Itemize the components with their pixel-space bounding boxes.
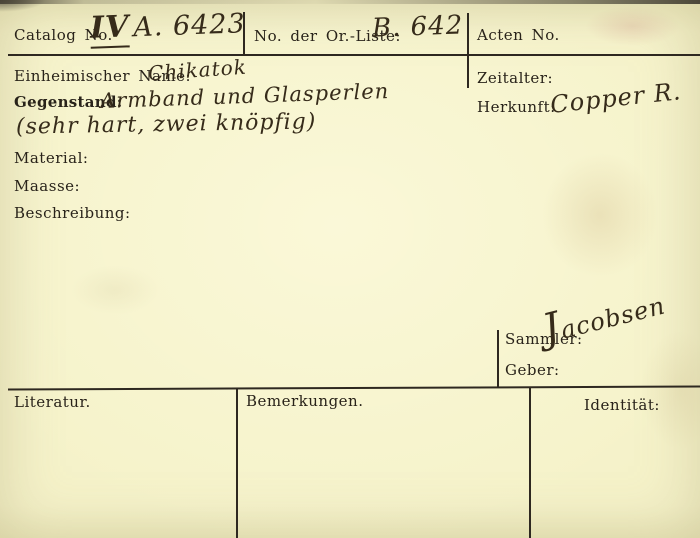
object-value-line2: (sehr hart, zwei knöpfig) bbox=[16, 109, 317, 139]
description-label: Beschreibung: bbox=[14, 204, 131, 222]
divider-literatur-bemerkungen bbox=[236, 388, 238, 538]
corner-shadow bbox=[0, 0, 46, 12]
paper-stain bbox=[585, 6, 680, 46]
literature-label: Literatur. bbox=[14, 393, 91, 411]
dimensions-label: Maasse: bbox=[14, 177, 80, 195]
era-label: Zeitalter: bbox=[477, 69, 553, 87]
material-label: Material: bbox=[14, 149, 88, 167]
divider-bemerkungen-identitaet bbox=[529, 388, 531, 538]
native-name-value: Chikatok bbox=[147, 55, 247, 86]
paper-stain bbox=[70, 265, 160, 315]
divider-collector-box bbox=[497, 330, 499, 388]
signature-rest: acobsen bbox=[558, 291, 668, 344]
divider-footer-top bbox=[8, 385, 700, 390]
origin-value: Copper R. bbox=[549, 77, 683, 119]
paper-stain bbox=[540, 150, 660, 280]
catalog-number-rest: A. 6423 bbox=[133, 8, 246, 43]
paper-stain bbox=[640, 330, 700, 450]
catalog-number-value: IVA. 6423 bbox=[89, 5, 246, 45]
catalog-card-scan: Catalog No. IVA. 6423 No. der Or.-Liste:… bbox=[0, 0, 700, 538]
acten-number-label: Acten No. bbox=[477, 26, 560, 44]
divider-acten-column bbox=[467, 13, 469, 88]
collector-signature: Jacobsen bbox=[541, 291, 668, 348]
divider-header-bottom bbox=[8, 54, 700, 56]
catalog-roman-numeral: IV bbox=[89, 9, 130, 48]
donor-label: Geber: bbox=[505, 361, 560, 379]
orliste-value: B. 642 bbox=[372, 10, 464, 43]
scan-edge-shadow bbox=[0, 0, 700, 4]
remarks-label: Bemerkungen. bbox=[246, 392, 364, 410]
identity-label: Identität: bbox=[584, 396, 660, 414]
origin-label: Herkunft: bbox=[477, 98, 556, 116]
